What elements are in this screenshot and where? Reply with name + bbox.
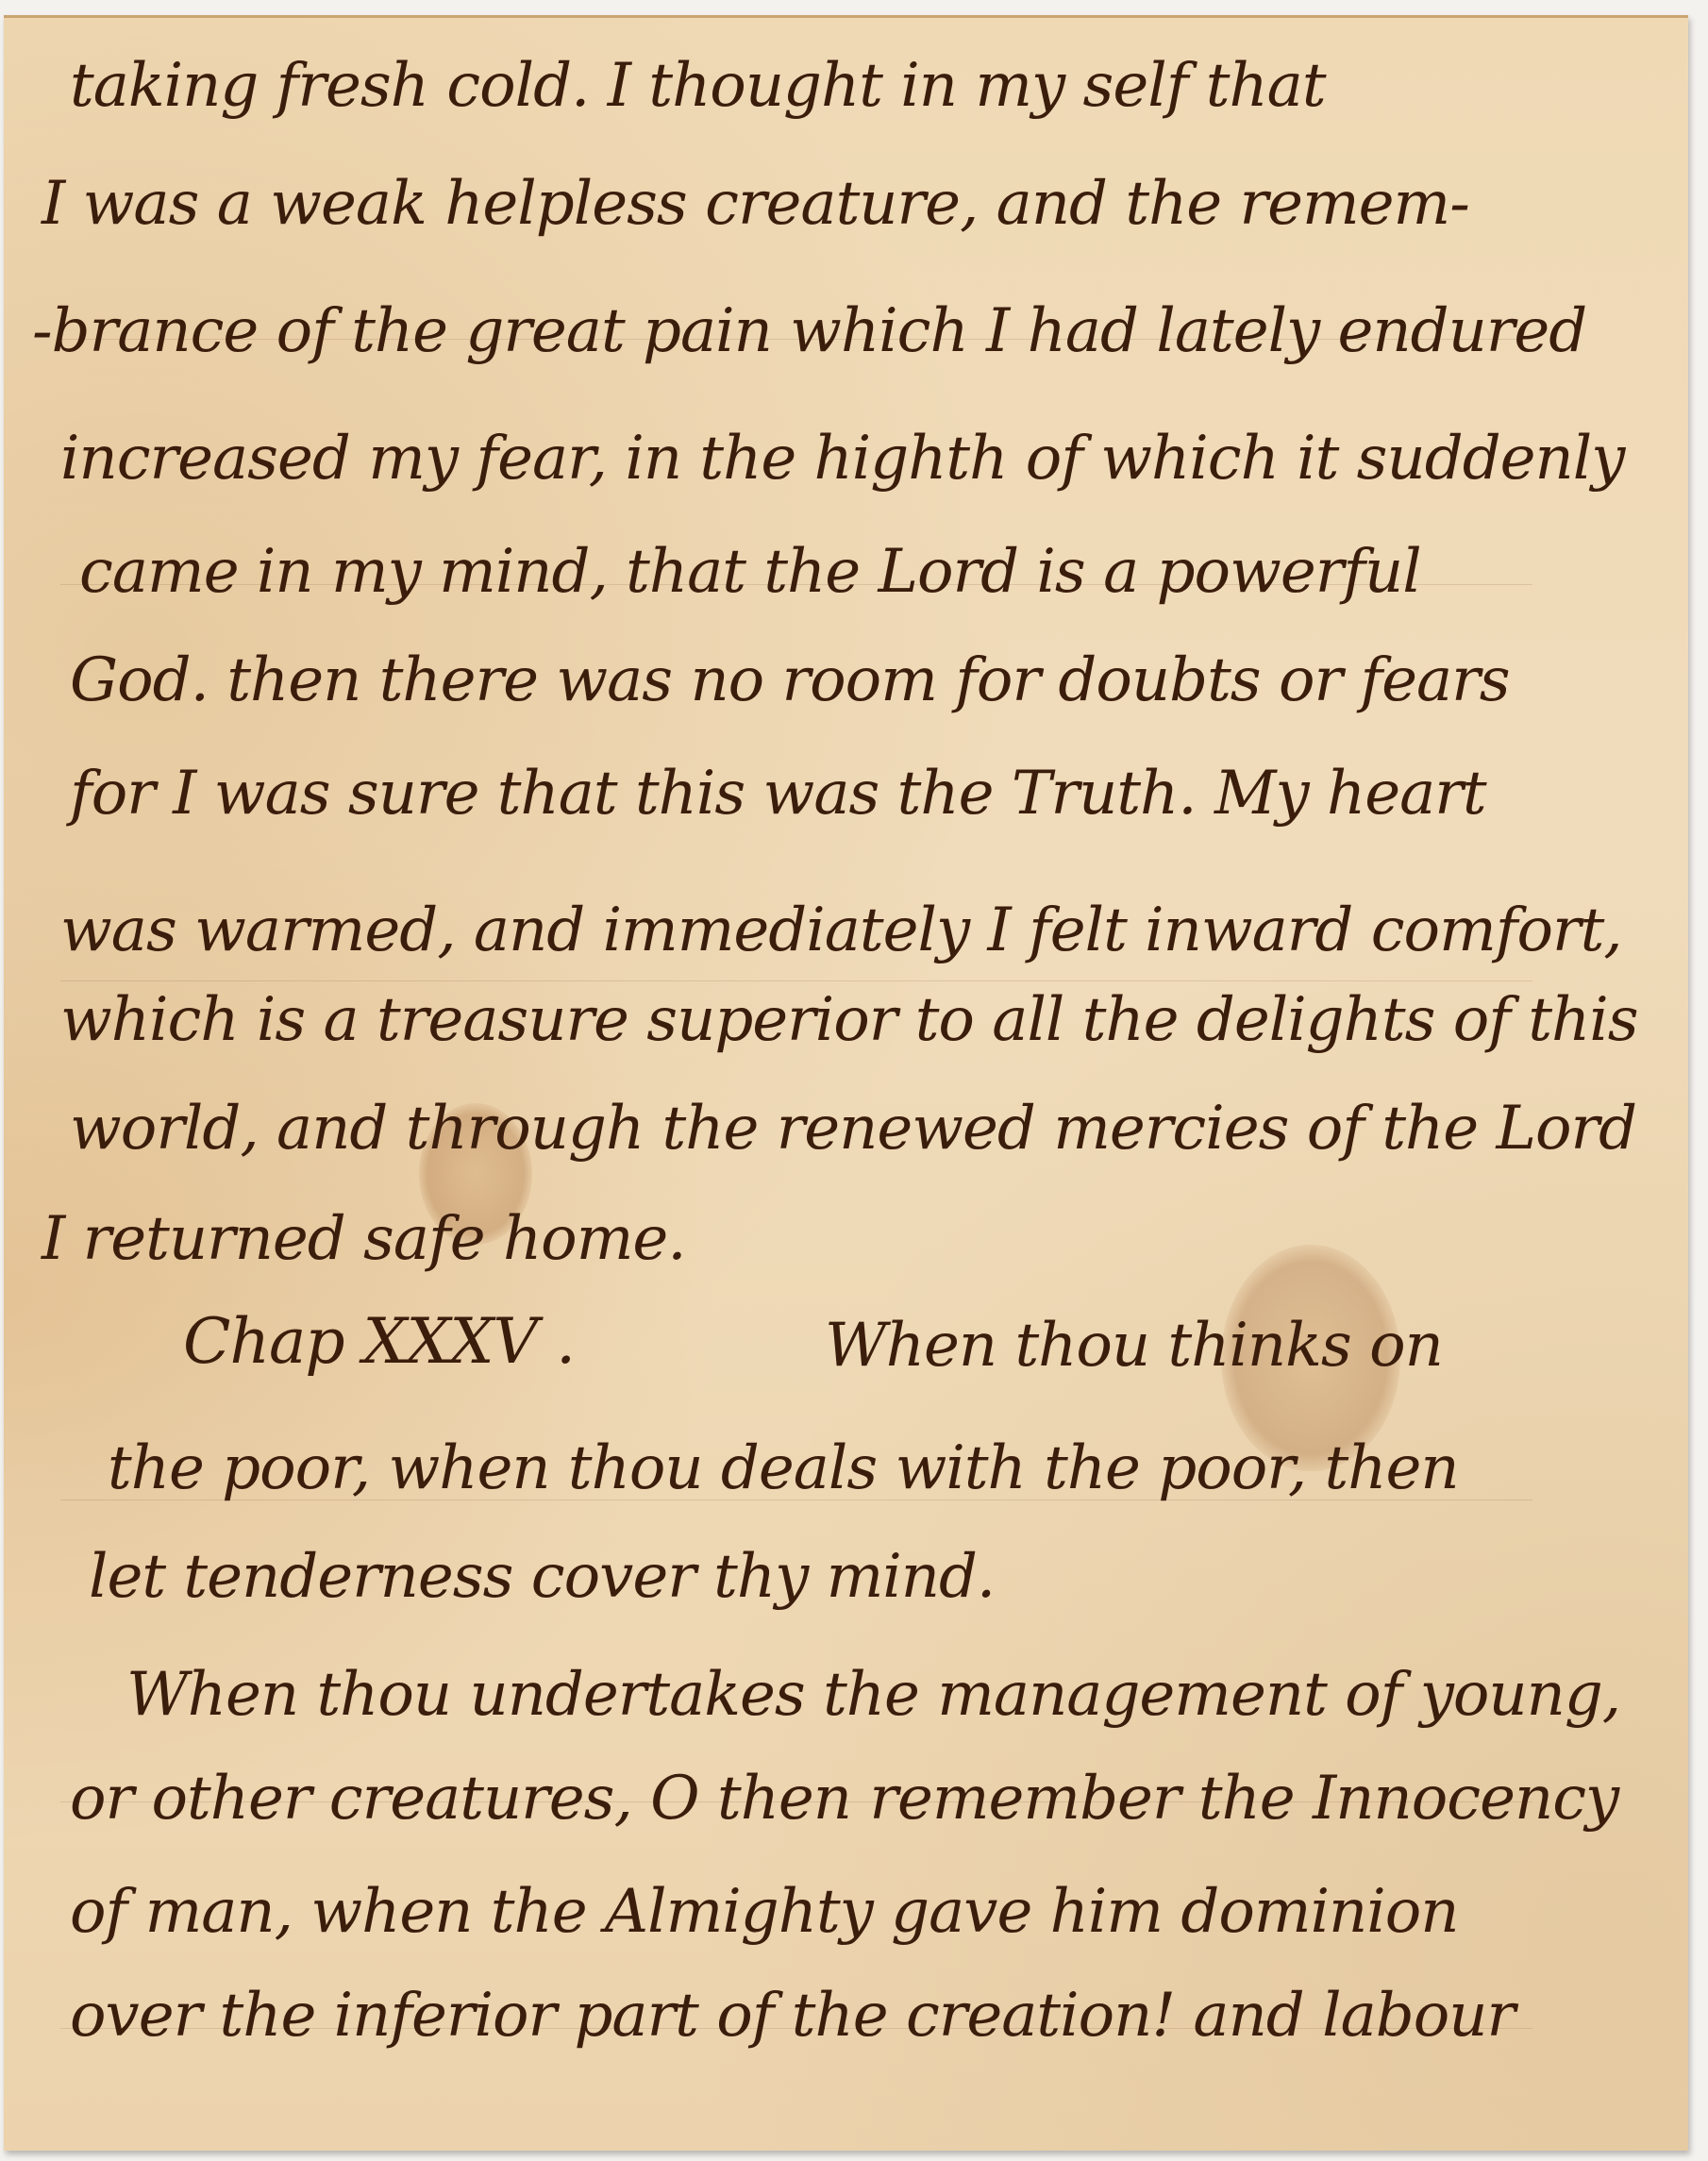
text-line-2: I was a weak helpless creature, and the … — [42, 174, 1469, 234]
chapter-line-2: the poor, when thou deals with the poor,… — [108, 1438, 1459, 1499]
text-line-9: which is a treasure superior to all the … — [60, 990, 1638, 1050]
paragraph-line-4: over the inferior part of the creation! … — [70, 1985, 1515, 2046]
text-line-10: world, and through the renewed mercies o… — [70, 1098, 1636, 1159]
ruled-line — [60, 980, 1532, 981]
text-line-6: God. then there was no room for doubts o… — [70, 650, 1510, 711]
text-line-8: was warmed, and immediately I felt inwar… — [60, 900, 1622, 961]
text-line-11: I returned safe home. — [42, 1209, 686, 1269]
chapter-line-1: When thou thinks on — [825, 1315, 1443, 1376]
paragraph-line-1: When thou undertakes the management of y… — [126, 1665, 1620, 1725]
text-line-4: increased my fear, in the highth of whic… — [60, 428, 1624, 489]
chapter-heading: Chap XXXV . — [183, 1311, 575, 1373]
manuscript-page: taking fresh cold. I thought in my self … — [4, 15, 1688, 2151]
paragraph-line-2: or other creatures, O then remember the … — [70, 1768, 1618, 1829]
chapter-line-3: let tenderness cover thy mind. — [89, 1547, 995, 1607]
text-line-3: -brance of the great pain which I had la… — [32, 301, 1586, 361]
paragraph-line-3: of man, when the Almighty gave him domin… — [70, 1882, 1458, 1942]
text-line-7: for I was sure that this was the Truth. … — [70, 763, 1486, 824]
text-line-1: taking fresh cold. I thought in my self … — [70, 56, 1326, 116]
text-line-5: came in my mind, that the Lord is a powe… — [79, 542, 1421, 602]
